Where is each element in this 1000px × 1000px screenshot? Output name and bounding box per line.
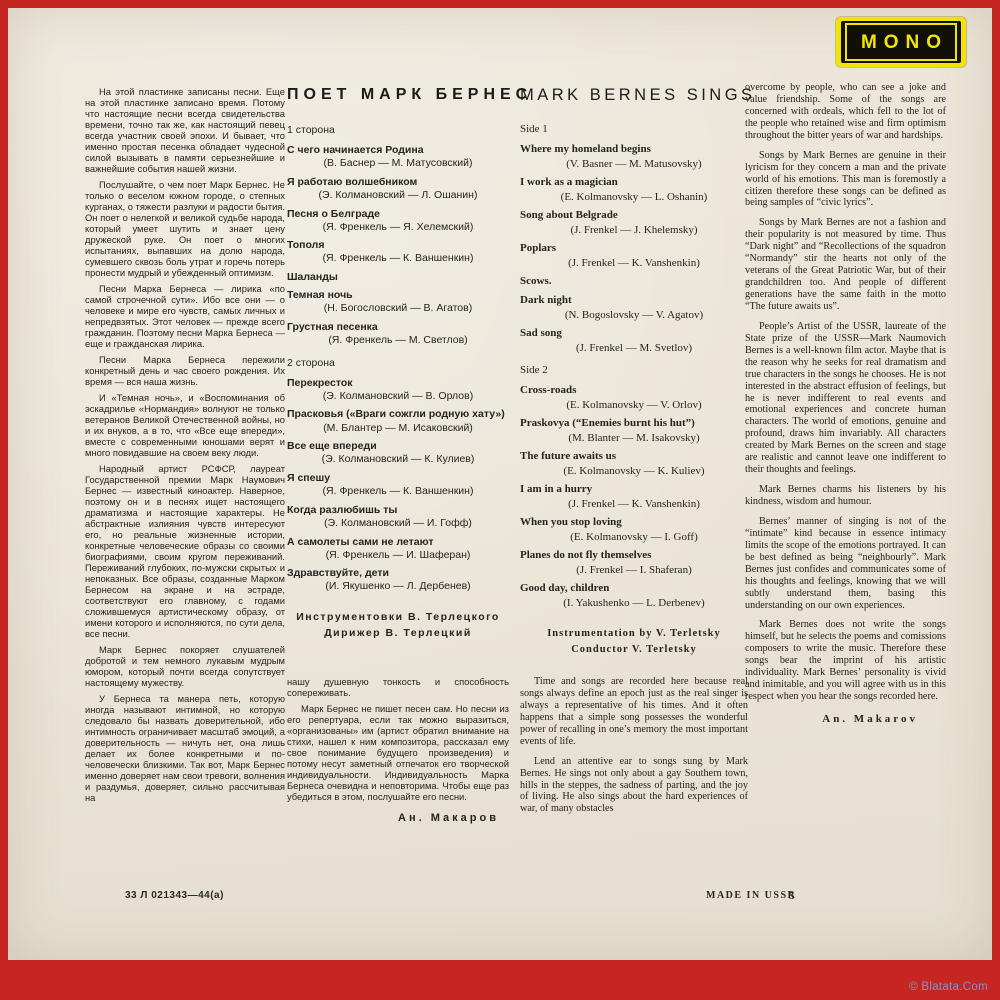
track-credit: (Я. Френкель — К. Ваншенкин) [287,485,509,499]
track-title: Прасковья («Враги сожгли родную хату») [287,408,509,421]
track-credit: (E. Kolmanovsky — K. Kuliev) [520,464,748,478]
track-row: Planes do not fly themselves (J. Frenkel… [520,549,748,577]
paragraph: Песни Марка Бернеса пережили конкретный … [85,354,285,387]
side2-label-ru: 2 сторона [287,357,509,369]
paragraph: Songs by Mark Bernes are genuine in thei… [745,150,946,210]
track-row: Здравствуйте, дети (И. Якушенко — Л. Дер… [287,567,509,594]
track-credit: (I. Yakushenko — L. Derbenev) [520,596,748,610]
paragraph: На этой пластинке записаны песни. Еще на… [85,86,285,174]
mono-badge-frame: MONO [841,21,961,63]
track-credit: (E. Kolmanovsky — I. Goff) [520,530,748,544]
track-credit: (Я. Френкель — Я. Хелемский) [287,221,509,235]
paragraph: Mark Bernes charms his listeners by his … [745,484,946,508]
track-title: Good day, children [520,582,748,596]
track-credit: (V. Basner — M. Matusovsky) [520,157,748,171]
track-credit: (Э. Колмановский — В. Орлов) [287,390,509,404]
track-row: Cross-roads (E. Kolmanovsky — V. Orlov) [520,384,748,412]
track-title: Song about Belgrade [520,209,748,223]
track-row: Я спешу (Я. Френкель — К. Ваншенкин) [287,472,509,499]
paragraph: People’s Artist of the USSR, laureate of… [745,321,946,476]
track-row: Темная ночь (Н. Богословский — В. Агатов… [287,289,509,316]
instrumentation-line: Instrumentation by V. Terletsky [520,626,748,642]
track-credit: (J. Frenkel — J. Khelemsky) [520,223,748,237]
track-credit: (J. Frenkel — I. Shaferan) [520,563,748,577]
track-row: Шаланды [287,271,509,284]
conductor-line: Conductor V. Terletsky [520,642,748,658]
track-credit: (И. Якушенко — Л. Дербенев) [287,580,509,594]
english-tracklist-column: MARK BERNES SINGS Side 1 Where my homela… [520,86,748,658]
track-title: Грустная песенка [287,321,509,334]
track-row: Я работаю волшебником (Э. Колмановский —… [287,176,509,203]
track-row: Good day, children (I. Yakushenko — L. D… [520,582,748,610]
track-title: Все еще впереди [287,440,509,453]
paragraph: И «Темная ночь», и «Воспоминания об эска… [85,392,285,458]
track-credit: (М. Блантер — М. Исаковский) [287,422,509,436]
track-credit: (Э. Колмановский — К. Кулиев) [287,453,509,467]
track-credit: (В. Баснер — М. Матусовский) [287,157,509,171]
paragraph: overcome by people, who can see a joke a… [745,82,946,142]
track-credit: (Н. Богословский — В. Агатов) [287,302,509,316]
track-title: Темная ночь [287,289,509,302]
side1-label-ru: 1 сторона [287,124,509,136]
paragraph: Марк Бернес покоряет слушателей добротой… [85,644,285,688]
russian-tracklist-column: ПОЕТ МАРК БЕРНЕС 1 сторона С чего начина… [287,86,509,642]
mono-badge-inner-frame: MONO [845,23,957,61]
paragraph: У Бернеса та манера петь, которую иногда… [85,693,285,803]
track-title: С чего начинается Родина [287,144,509,157]
track-row: Poplars (J. Frenkel — K. Vanshenkin) [520,242,748,270]
track-credit: (Э. Колмановский — И. Гофф) [287,517,509,531]
bottom-row: 33 Л 021343—44(а) MADE IN USSR 5 [8,890,992,906]
track-credit: (Я. Френкель — М. Светлов) [287,334,509,348]
paragraph: Марк Бернес не пишет песен сам. Но песни… [287,703,509,802]
track-credit: (E. Kolmanovsky — V. Orlov) [520,398,748,412]
instrumentation-line: Инструментовки В. Терлецкого [287,610,509,626]
track-title: Poplars [520,242,748,256]
track-row: А самолеты сами не летают (Я. Френкель —… [287,536,509,563]
track-title: The future awaits us [520,450,748,464]
made-in-ussr-label: MADE IN USSR [706,890,796,901]
track-row: Грустная песенка (Я. Френкель — М. Светл… [287,321,509,348]
track-title: Тополя [287,239,509,252]
track-credit: (N. Bogoslovsky — V. Agatov) [520,308,748,322]
track-title: А самолеты сами не летают [287,536,509,549]
watermark: © Blatata.Com [909,981,988,993]
russian-liner-notes-column: На этой пластинке записаны песни. Еще на… [85,86,285,808]
track-row: Scows. [520,275,748,289]
track-row: Прасковья («Враги сожгли родную хату») (… [287,408,509,435]
track-row: Where my homeland begins (V. Basner — M.… [520,143,748,171]
track-title: Я спешу [287,472,509,485]
track-row: Praskovya (“Enemies burnt his hut”) (M. … [520,417,748,445]
track-title: Шаланды [287,271,509,284]
track-title: Sad song [520,327,748,341]
track-row: I work as a magician (E. Kolmanovsky — L… [520,176,748,204]
side1-label-en: Side 1 [520,123,748,135]
paragraph: Народный артист РСФСР, лауреат Государст… [85,463,285,639]
track-row: Когда разлюбишь ты (Э. Колмановский — И.… [287,504,509,531]
conductor-line: Дирижер В. Терлецкий [287,626,509,642]
track-title: Planes do not fly themselves [520,549,748,563]
paper-sheet: MONO На этой пластинке записаны песни. Е… [8,8,992,960]
track-credit: (M. Blanter — M. Isakovsky) [520,431,748,445]
track-title: When you stop loving [520,516,748,530]
track-title: I am in a hurry [520,483,748,497]
english-liner-notes-column: overcome by people, who can see a joke a… [745,82,946,725]
english-title: MARK BERNES SINGS [520,86,748,105]
track-credit: (Я. Френкель — К. Ваншенкин) [287,252,509,266]
track-title: Where my homeland begins [520,143,748,157]
paragraph: Bernes’ manner of singing is not of the … [745,516,946,612]
track-title: Praskovya (“Enemies burnt his hut”) [520,417,748,431]
author-signature-en: An. Makarov [745,713,946,725]
track-credit: (Я. Френкель — И. Шаферан) [287,549,509,563]
russian-title: ПОЕТ МАРК БЕРНЕС [287,86,509,104]
track-row: Перекресток (Э. Колмановский — В. Орлов) [287,377,509,404]
track-title: Я работаю волшебником [287,176,509,189]
track-row: Песня о Белграде (Я. Френкель — Я. Хелем… [287,208,509,235]
track-title: Cross-roads [520,384,748,398]
track-title: Dark night [520,294,748,308]
track-row: Sad song (J. Frenkel — M. Svetlov) [520,327,748,355]
paragraph: Песни Марка Бернеса — лирика «по самой с… [85,283,285,349]
english-notes-start: Time and songs are recorded here because… [520,676,748,823]
track-credit: (J. Frenkel — K. Vanshenkin) [520,256,748,270]
mono-badge: MONO [836,17,966,67]
paragraph: нашу душевную тонкость и способность соп… [287,676,509,698]
track-row: Тополя (Я. Френкель — К. Ваншенкин) [287,239,509,266]
mono-label: MONO [854,33,948,52]
track-title: Песня о Белграде [287,208,509,221]
album-back-cover: MONO На этой пластинке записаны песни. Е… [0,0,1000,1000]
instrumentation-credit-ru: Инструментовки В. Терлецкого Дирижер В. … [287,610,509,642]
track-row: I am in a hurry (J. Frenkel — K. Vanshen… [520,483,748,511]
instrumentation-credit-en: Instrumentation by V. Terletsky Conducto… [520,626,748,658]
paragraph: Lend an attentive ear to songs sung by M… [520,756,748,816]
track-title: Перекресток [287,377,509,390]
paragraph: Songs by Mark Bernes are not a fashion a… [745,217,946,313]
track-row: С чего начинается Родина (В. Баснер — М.… [287,144,509,171]
paragraph: Time and songs are recorded here because… [520,676,748,748]
track-title: I work as a magician [520,176,748,190]
author-signature-ru: Ан. Макаров [287,812,509,824]
track-row: Song about Belgrade (J. Frenkel — J. Khe… [520,209,748,237]
track-row: Все еще впереди (Э. Колмановский — К. Ку… [287,440,509,467]
track-credit: (J. Frenkel — M. Svetlov) [520,341,748,355]
paragraph: Послушайте, о чем поет Марк Бернес. Не т… [85,179,285,278]
track-row: When you stop loving (E. Kolmanovsky — I… [520,516,748,544]
side2-label-en: Side 2 [520,364,748,376]
track-title: Scows. [520,275,748,289]
track-row: Dark night (N. Bogoslovsky — V. Agatov) [520,294,748,322]
russian-notes-continuation: нашу душевную тонкость и способность соп… [287,676,509,824]
track-title: Когда разлюбишь ты [287,504,509,517]
track-credit: (E. Kolmanovsky — L. Oshanin) [520,190,748,204]
paragraph: Mark Bernes does not write the songs him… [745,619,946,703]
track-credit: (J. Frenkel — K. Vanshenkin) [520,497,748,511]
track-title: Здравствуйте, дети [287,567,509,580]
matrix-page-number: 5 [789,890,795,902]
catalog-number: 33 Л 021343—44(а) [125,890,224,901]
track-credit: (Э. Колмановский — Л. Ошанин) [287,189,509,203]
track-row: The future awaits us (E. Kolmanovsky — K… [520,450,748,478]
